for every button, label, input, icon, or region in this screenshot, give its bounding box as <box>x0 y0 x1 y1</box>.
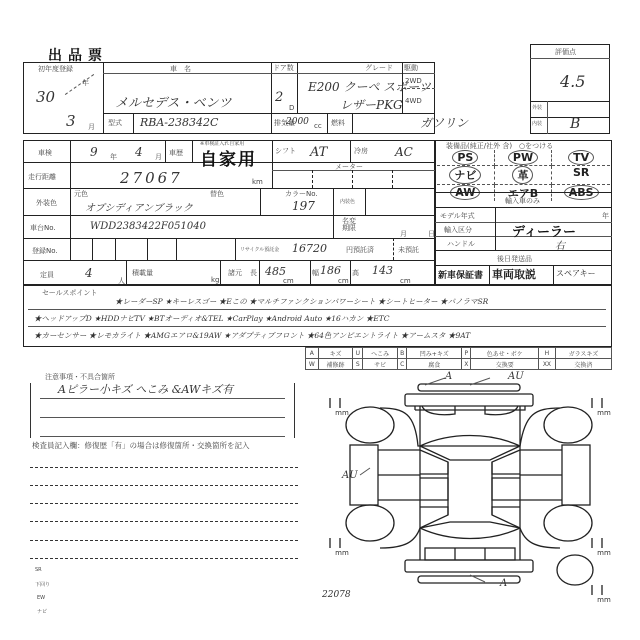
handle-value: 右 <box>555 237 565 252</box>
first-registration-month: 3 <box>66 112 76 130</box>
inspection-year-unit: 年 <box>110 152 117 162</box>
chassis-value: WDD2383422F051040 <box>90 221 206 232</box>
color-label: 外装色 <box>36 198 57 208</box>
mileage-unit: km <box>252 178 263 186</box>
damage-mark: A <box>445 371 452 382</box>
legend-code: X <box>462 359 471 370</box>
legend-meaning: サビ <box>363 359 398 370</box>
grade-line2: レザーPKG <box>340 96 403 113</box>
displacement-value: 2000 <box>286 117 309 127</box>
damage-mark: AU <box>508 371 524 382</box>
grade-label: グレード <box>365 63 393 73</box>
name-change-month-unit: 月 <box>400 229 407 239</box>
width-value: 186 <box>320 264 341 277</box>
import-type-label: 輸入区分 <box>444 225 472 235</box>
equipment-item-label: PW <box>508 150 538 165</box>
later-item-spare-key: スペアキー <box>556 268 596 279</box>
later-header: 後日発送品 <box>497 254 532 264</box>
width-label: 幅 <box>312 268 319 278</box>
legend-code: S <box>353 359 363 370</box>
legend-meaning: 腐食 <box>407 359 462 370</box>
legend-code: W <box>306 359 319 370</box>
sales-points-label: セールスポイント <box>42 288 97 298</box>
notes-line: Aピラー小キズ へこみ &AWキズ有 <box>58 381 233 397</box>
original-color-label: 元色 <box>74 189 88 199</box>
length-unit: cm <box>283 277 294 285</box>
equipment-grid: PSPWTVナビ革SRAWエアBABS <box>437 150 610 192</box>
equipment-item[interactable]: ABS <box>552 185 610 201</box>
equipment-item[interactable]: SR <box>552 166 610 185</box>
dimensions-label: 諸元 <box>228 268 242 278</box>
height-unit: cm <box>400 277 411 285</box>
inspection-month-unit: 月 <box>155 152 162 162</box>
legend-code: H <box>539 348 556 359</box>
recycle-value: 16720 <box>292 242 327 255</box>
doors-unit: D <box>289 104 294 112</box>
damage-legend-table: AキズUへこみB凹み+キズP色あせ・ボケHガラスキズW補修跡SサビC腐食X交換要… <box>305 347 612 370</box>
exterior-score-label: 外装 <box>532 104 542 111</box>
aircon-label: 冷房 <box>354 146 368 156</box>
score-value: 4.5 <box>560 72 585 91</box>
mileage-label: 走行距離 <box>28 172 56 182</box>
import-header: 輸入車のみ <box>505 196 540 206</box>
tread-depth-label: mm <box>593 409 615 417</box>
inspection-year: 9 <box>90 145 98 159</box>
recycle-label: リサイクル預託金 <box>240 246 279 253</box>
import-type-value: ディーラー <box>512 221 576 240</box>
legend-code: B <box>397 348 407 359</box>
tread-depth-label: mm <box>331 549 353 557</box>
recycle-paid[interactable]: 円預託済 <box>346 245 374 255</box>
interior-score-value: B <box>570 116 580 132</box>
mileage-value: 27067 <box>120 169 183 187</box>
legend-meaning: 凹み+キズ <box>407 348 462 359</box>
inspector-label: 検査員記入欄：修復歴「有」の場合は修復箇所・交換箇所を記入 <box>32 440 250 451</box>
chassis-label: 車台No. <box>30 223 56 233</box>
drive-4wd[interactable]: 4WD <box>405 97 422 105</box>
damage-mark: AU <box>342 470 358 481</box>
capacity-label: 定員 <box>40 270 54 280</box>
length-label: 長 <box>250 268 257 278</box>
first-registration-label: 初年度登録 <box>38 64 73 74</box>
interior-color-label: 内装色 <box>340 198 355 205</box>
bottom-label-underbody: 下回り <box>35 581 50 588</box>
legend-code: XX <box>539 359 556 370</box>
fuel-label: 燃料 <box>331 118 345 128</box>
drive-2wd[interactable]: 2WD <box>405 77 422 85</box>
legend-meaning: 色あせ・ボケ <box>471 348 539 359</box>
width-unit: cm <box>338 277 349 285</box>
model-year-unit: 年 <box>602 211 609 221</box>
height-label: 高 <box>352 268 359 278</box>
name-change-label: 名変期限 <box>342 218 362 232</box>
equipment-item[interactable]: PS <box>437 150 495 166</box>
repaint-color-label: 替色 <box>210 189 224 199</box>
recycle-unpaid[interactable]: 未預託 <box>398 245 419 255</box>
aircon-value: AC <box>395 145 413 159</box>
displacement-unit: cc <box>314 122 322 130</box>
equipment-item-label: ナビ <box>449 166 481 184</box>
equipment-item[interactable]: TV <box>552 150 610 166</box>
equipment-item[interactable]: ナビ <box>437 166 495 185</box>
equipment-item[interactable]: PW <box>495 150 553 166</box>
equipment-item-label: SR <box>573 166 589 179</box>
height-value: 143 <box>372 264 393 277</box>
shift-value: AT <box>310 145 327 160</box>
registration-no-label: 登録No. <box>32 246 58 256</box>
later-item-manual: 車両取説 <box>492 266 536 282</box>
model-label: 型式 <box>108 118 122 128</box>
usage-label: 車歴 <box>169 148 183 158</box>
car-name-label: 車 名 <box>170 64 191 74</box>
legend-meaning: 交換要 <box>471 359 539 370</box>
load-unit: kg <box>211 276 220 284</box>
model-year-label: モデル年式 <box>440 211 475 221</box>
color-no-label: カラーNo. <box>285 189 318 199</box>
usage-value: 自家用 <box>200 145 257 170</box>
legend-meaning: キズ <box>318 348 353 359</box>
bottom-label-navi: ナビ <box>37 608 47 615</box>
sales-point-line: ★レーダーSP ★キーレスゴー ★Eこの ★マルチファンクションパワーシート ★… <box>115 296 488 307</box>
tread-depth-label: mm <box>331 409 353 417</box>
equipment-item-label: 革 <box>512 166 533 184</box>
load-label: 積載量 <box>132 268 153 278</box>
equipment-item[interactable]: 革 <box>495 166 553 185</box>
legend-code: P <box>462 348 471 359</box>
doors-value: 2 <box>275 90 283 105</box>
model-value: RBA-238342C <box>140 116 218 129</box>
handle-label: ハンドル <box>447 239 475 249</box>
equipment-item-label: TV <box>568 150 594 165</box>
inspection-month: 4 <box>135 145 143 159</box>
legend-meaning: 交換済 <box>555 359 611 370</box>
sales-point-line: ★ヘッドアップD ★HDDナビTV ★BTオーディオ&TEL ★CarPlay … <box>34 313 389 324</box>
meter-label: メーター <box>335 162 363 172</box>
car-damage-diagram <box>310 370 640 640</box>
legend-meaning: 補修跡 <box>318 359 353 370</box>
capacity-value: 4 <box>85 266 93 280</box>
legend-code: C <box>397 359 407 370</box>
legend-code: U <box>353 348 363 359</box>
car-name-value: メルセデス・ベンツ <box>115 92 231 111</box>
tread-depth-label: mm <box>593 549 615 557</box>
lot-number: 22078 <box>322 590 351 600</box>
equipment-item[interactable]: AW <box>437 185 495 201</box>
color-no-value: 197 <box>292 199 315 213</box>
doors-label: ドア数 <box>273 63 294 73</box>
interior-score-label: 内装 <box>532 120 542 127</box>
drive-label: 駆動 <box>404 63 418 73</box>
legend-code: A <box>306 348 319 359</box>
tread-depth-label: mm <box>593 596 615 604</box>
damage-mark: A <box>500 578 507 589</box>
shift-label: シフト <box>275 146 296 156</box>
bottom-label-sr: SR <box>35 567 42 573</box>
bottom-label-ew: EW <box>37 595 45 601</box>
later-item-warranty: 新車保証書 <box>438 268 483 281</box>
equipment-item-label: PS <box>452 150 478 165</box>
legend-meaning: へこみ <box>363 348 398 359</box>
score-label: 評価点 <box>555 47 576 57</box>
first-registration-year: 30 <box>36 88 55 106</box>
month-unit: 月 <box>88 122 95 132</box>
legend-meaning: ガラスキズ <box>555 348 611 359</box>
sales-point-line: ★カーセンサー ★レモカライト ★AMGエアロ&19AW ★アダプティブフロント… <box>34 330 470 341</box>
name-change-day-unit: 日 <box>428 229 435 239</box>
color-value: オブシディアンブラック <box>85 199 193 214</box>
inspection-label: 車検 <box>38 148 52 158</box>
fuel-value: ガソリン <box>420 114 468 131</box>
